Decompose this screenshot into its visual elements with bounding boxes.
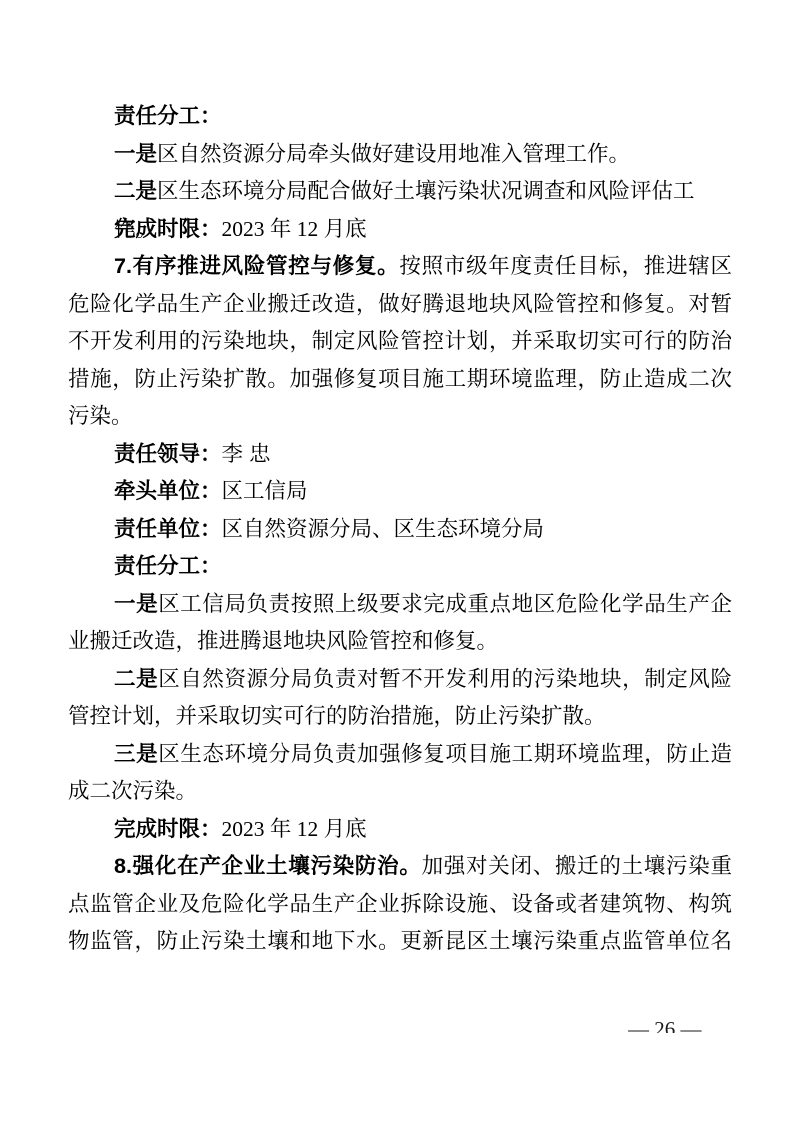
line-label: 7.有序推进风险管控与修复。 [114,254,399,278]
line-text: 区工信局 [222,479,308,503]
line-text: 区自然资源分局牵头做好建设用地准入管理工作。 [157,142,630,166]
document-page: 责任分工：一是区自然资源分局牵头做好建设用地准入管理工作。二是区生态环境分局配合… [0,0,793,1122]
line-text: 2023 年 12 月底 [222,217,367,241]
line-text: 区自然资源分局负责对暂不开发利用的污染地块，制定风险 [158,667,732,691]
document-line: 管控计划，并采取切实可行的防治措施，防止污染扩散。 [68,698,732,736]
line-text: 区生态环境分局负责加强修复项目施工期环境监理，防止造 [158,742,732,766]
document-line: 完成时限：2023 年 12 月底 [68,211,732,249]
document-line: 危险化学品生产企业搬迁改造，做好腾退地块风险管控和修复。对暂 [68,286,732,324]
line-label: 一是 [114,592,158,616]
line-label: 一是 [114,142,157,166]
line-text: 措施，防止污染扩散。加强修复项目施工期环境监理，防止造成二次 [68,367,732,391]
document-line: 业搬迁改造，推进腾退地块风险管控和修复。 [68,623,732,661]
document-line: 二是区自然资源分局负责对暂不开发利用的污染地块，制定风险 [68,661,732,699]
document-body: 责任分工：一是区自然资源分局牵头做好建设用地准入管理工作。二是区生态环境分局配合… [68,98,732,961]
line-text: 不开发利用的污染地块，制定风险管控计划，并采取切实可行的防治 [68,329,732,353]
document-line: 点监管企业及危险化学品生产企业拆除设施、设备或者建筑物、构筑 [68,886,732,924]
line-text: 污染。 [68,404,133,428]
document-line: 一是区工信局负责按照上级要求完成重点地区危险化学品生产企 [68,586,732,624]
document-line: 成二次污染。 [68,773,732,811]
line-text: 点监管企业及危险化学品生产企业拆除设施、设备或者建筑物、构筑 [68,892,732,916]
page-number-label: — 26 — [628,1018,702,1033]
line-text: 业搬迁改造，推进腾退地块风险管控和修复。 [68,629,498,653]
document-line: 物监管，防止污染土壤和地下水。更新昆区土壤污染重点监管单位名 [68,923,732,961]
document-line: 二是区生态环境分局配合做好土壤污染状况调查和风险评估工作。 [68,173,732,211]
page-number: — 26 — [628,1018,708,1033]
document-line: 一是区自然资源分局牵头做好建设用地准入管理工作。 [68,136,732,174]
line-label: 8.强化在产企业土壤污染防治。 [114,854,422,878]
line-label: 责任分工： [114,554,222,578]
document-line: 措施，防止污染扩散。加强修复项目施工期环境监理，防止造成二次 [68,361,732,399]
document-line: 7.有序推进风险管控与修复。按照市级年度责任目标，推进辖区 [68,248,732,286]
document-line: 完成时限：2023 年 12 月底 [68,811,732,849]
document-line: 责任领导：李 忠 [68,436,732,474]
line-text: 管控计划，并采取切实可行的防治措施，防止污染扩散。 [68,704,606,728]
line-label: 责任分工： [114,104,222,128]
line-label: 完成时限： [114,817,222,841]
document-line: 污染。 [68,398,732,436]
document-line: 牵头单位：区工信局 [68,473,732,511]
line-text: 区工信局负责按照上级要求完成重点地区危险化学品生产企 [158,592,732,616]
line-text: 物监管，防止污染土壤和地下水。更新昆区土壤污染重点监管单位名 [68,929,732,953]
line-text: 李 忠 [222,442,271,466]
document-line: 责任单位：区自然资源分局、区生态环境分局 [68,511,732,549]
line-text: 危险化学品生产企业搬迁改造，做好腾退地块风险管控和修复。对暂 [68,292,732,316]
document-line: 不开发利用的污染地块，制定风险管控计划，并采取切实可行的防治 [68,323,732,361]
line-text: 区自然资源分局、区生态环境分局 [222,517,545,541]
line-text: 按照市级年度责任目标，推进辖区 [399,254,732,278]
document-line: 8.强化在产企业土壤污染防治。加强对关闭、搬迁的土壤污染重 [68,848,732,886]
line-text: 加强对关闭、搬迁的土壤污染重 [422,854,732,878]
line-label: 三是 [114,742,158,766]
line-label: 完成时限： [114,217,222,241]
document-line: 三是区生态环境分局负责加强修复项目施工期环境监理，防止造 [68,736,732,774]
line-text: 2023 年 12 月底 [222,817,367,841]
document-line: 责任分工： [68,98,732,136]
line-text: 成二次污染。 [68,779,197,803]
line-label: 责任领导： [114,442,222,466]
line-label: 牵头单位： [114,479,222,503]
line-label: 二是 [114,667,158,691]
document-line: 责任分工： [68,548,732,586]
line-label: 二是 [114,179,157,203]
line-label: 责任单位： [114,517,222,541]
